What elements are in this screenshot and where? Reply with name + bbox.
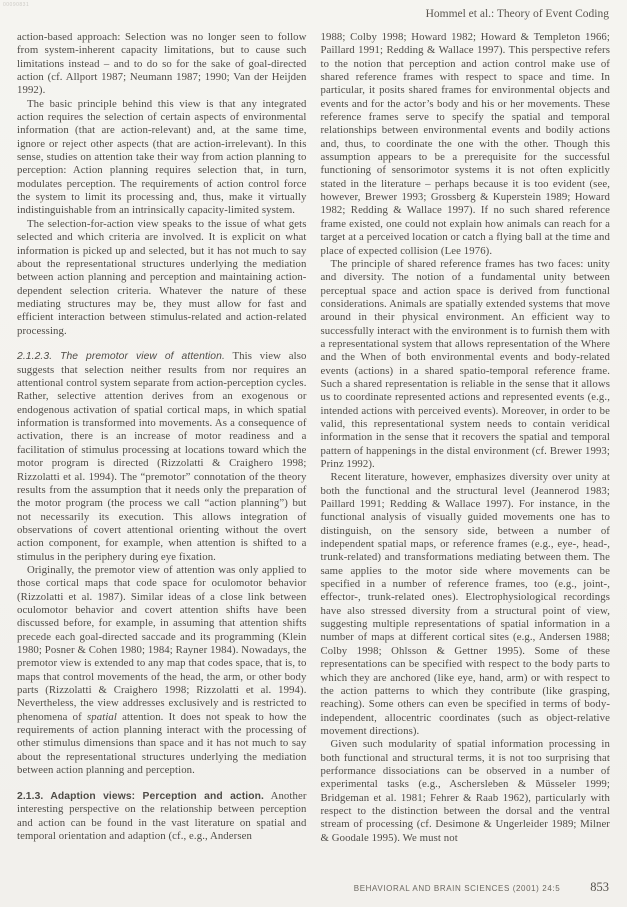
paragraph-text: Originally, the premotor view of attenti… xyxy=(17,564,307,723)
right-column: 1988; Colby 1998; Howard 1982; Howard & … xyxy=(321,31,611,845)
paragraph: The basic principle behind this view is … xyxy=(17,98,307,218)
paragraph: action-based approach: Selection was no … xyxy=(17,31,307,98)
paragraph: The selection-for-action view speaks to … xyxy=(17,218,307,338)
page-footer: BEHAVIORAL AND BRAIN SCIENCES (2001) 24:… xyxy=(354,880,609,895)
paragraph: Given such modularity of spatial informa… xyxy=(321,738,611,845)
journal-page: 00090831 Hommel et al.: Theory of Event … xyxy=(0,0,627,907)
journal-citation: BEHAVIORAL AND BRAIN SCIENCES (2001) 24:… xyxy=(354,884,560,893)
paragraph: Recent literature, however, emphasizes d… xyxy=(321,471,611,738)
paragraph-text: 1988; Colby 1998; Howard 1982; Howard & … xyxy=(321,31,611,257)
subsection-paragraph: 2.1.2.3. The premotor view of attention.… xyxy=(17,350,307,564)
section-heading: 2.1.3. Adaption views: Perception and ac… xyxy=(17,791,264,802)
left-column: action-based approach: Selection was no … xyxy=(17,31,307,845)
paragraph-text: The selection-for-action view speaks to … xyxy=(17,218,307,337)
subsection-heading: 2.1.2.3. The premotor view of attention. xyxy=(17,351,225,362)
two-column-text: action-based approach: Selection was no … xyxy=(17,31,610,845)
section-paragraph: 2.1.3. Adaption views: Perception and ac… xyxy=(17,790,307,843)
paragraph: Originally, the premotor view of attenti… xyxy=(17,564,307,778)
paragraph-text: This view also suggests that selection n… xyxy=(17,350,307,562)
paragraph: 1988; Colby 1998; Howard 1982; Howard & … xyxy=(321,31,611,258)
paragraph-text: The basic principle behind this view is … xyxy=(17,98,307,217)
scan-artifact-mark: 00090831 xyxy=(3,2,29,8)
paragraph-text: The principle of shared reference frames… xyxy=(321,258,611,470)
emphasized-word: spatial xyxy=(87,711,117,723)
paragraph-text: action-based approach: Selection was no … xyxy=(17,31,307,96)
paragraph-text: Recent literature, however, emphasizes d… xyxy=(321,471,611,737)
running-head: Hommel et al.: Theory of Event Coding xyxy=(426,8,609,20)
paragraph: The principle of shared reference frames… xyxy=(321,258,611,472)
paragraph-text: Given such modularity of spatial informa… xyxy=(321,738,611,843)
page-number: 853 xyxy=(590,880,609,895)
